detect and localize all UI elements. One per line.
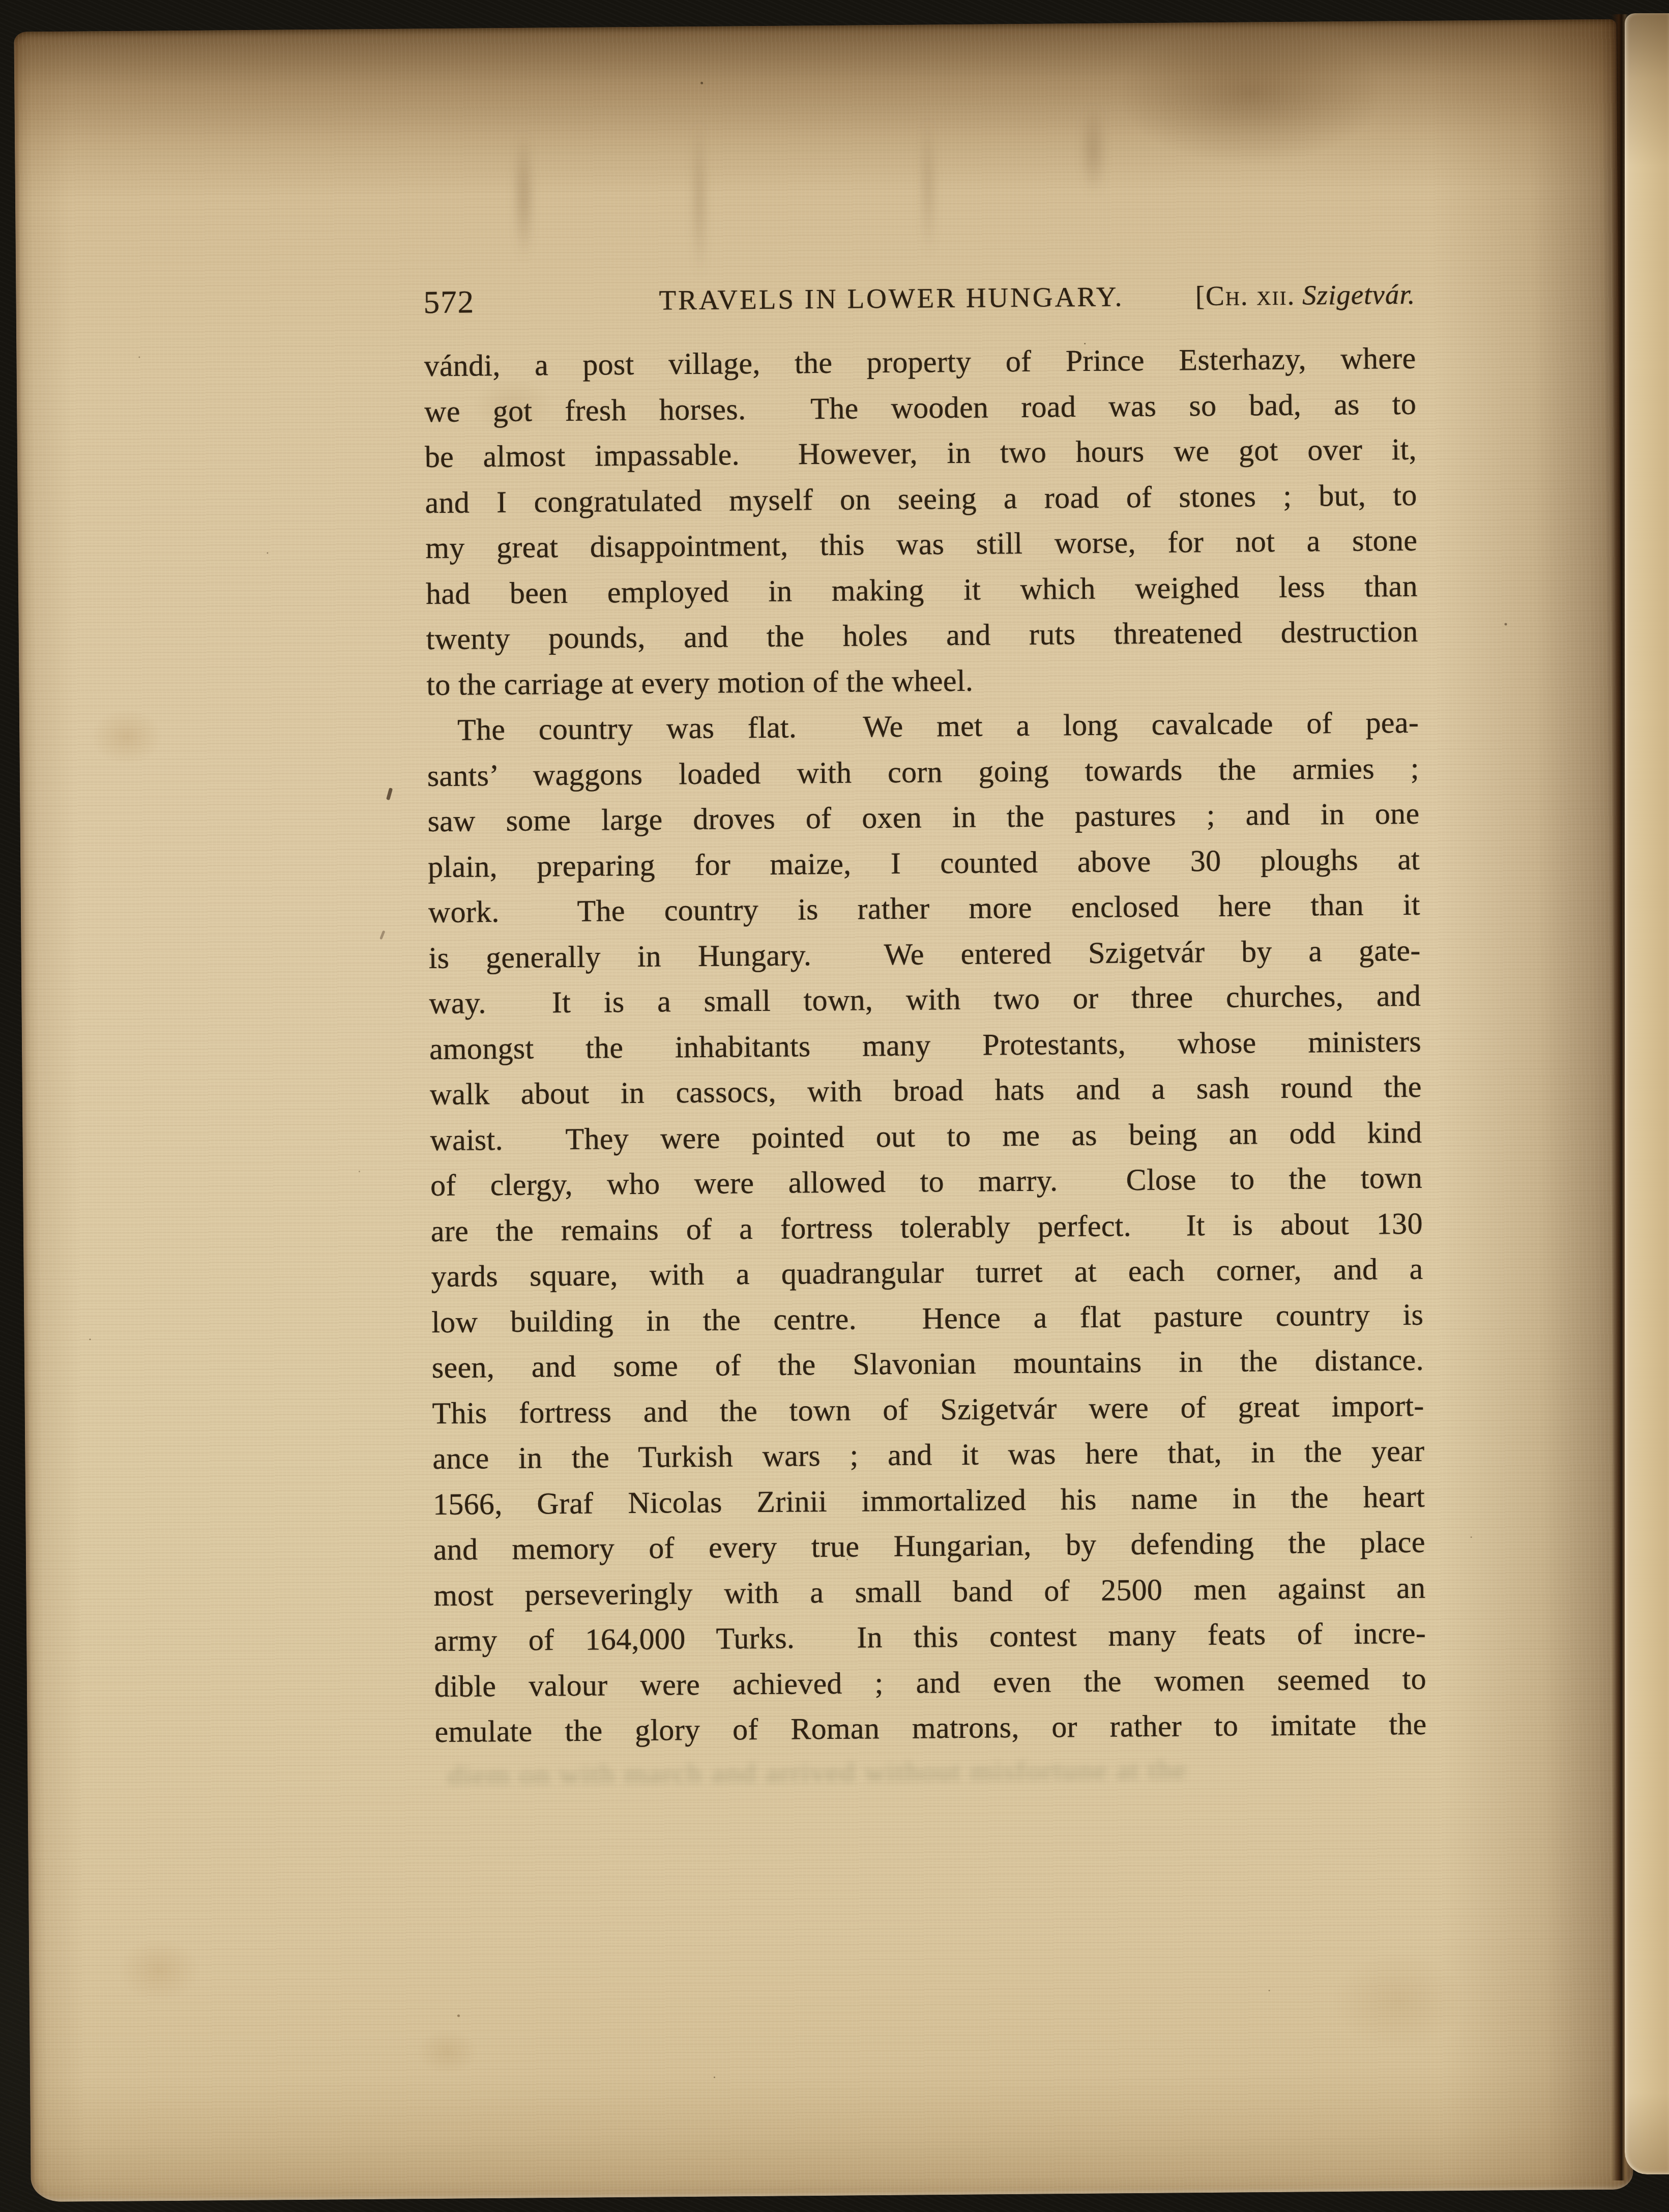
text-line-7: twenty pounds, and the holes and ruts th… (426, 609, 1418, 662)
text-line-9: The country was flat. We met a long cava… (427, 700, 1419, 753)
running-title: TRAVELS IN LOWER HUNGARY. (586, 273, 1197, 324)
chapter-label: [Ch. xii. (1195, 280, 1296, 312)
text-line-17: walk about in cassocs, with broad hats a… (429, 1064, 1422, 1118)
text-line-28: most perseveringly with a small band of … (433, 1565, 1426, 1618)
text-line-19: of clergy, who were allowed to marry. Cl… (430, 1155, 1423, 1209)
chapter-heading: [Ch. xii. Szigetvár. (1195, 271, 1415, 319)
text-line-4: and I congratulated myself on seeing a r… (425, 472, 1417, 526)
page-header: 572 TRAVELS IN LOWER HUNGARY. [Ch. xii. … (423, 271, 1416, 326)
text-line-25: ance in the Turkish wars ; and it was he… (432, 1429, 1425, 1482)
text-line-29: army of 164,000 Turks. In this contest m… (434, 1611, 1426, 1664)
text-line-31: emulate the glory of Roman matrons, or r… (434, 1702, 1427, 1755)
page-number: 572 (423, 278, 475, 326)
text-line-12: plain, preparing for maize, I counted ab… (428, 836, 1420, 890)
text-line-8: to the carriage at every motion of the w… (426, 654, 1419, 708)
text-line-10: sants’ waggons loaded with corn going to… (427, 745, 1419, 799)
text-line-16: amongst the inhabitants many Protestants… (429, 1018, 1422, 1072)
bleed-through-ghost-text: diem on with march and arrived without m… (448, 1751, 1476, 1811)
text-line-6: had been employed in making it which wei… (426, 563, 1418, 617)
text-line-24: This fortress and the town of Szigetvár … (432, 1383, 1424, 1436)
text-line-30: dible valour were achieved ; and even th… (434, 1656, 1427, 1709)
text-line-1: vándi, a post village, the property of P… (424, 336, 1416, 389)
scanned-book-photo: 572 TRAVELS IN LOWER HUNGARY. [Ch. xii. … (0, 0, 1669, 2212)
text-line-18: waist. They were pointed out to me as be… (430, 1110, 1422, 1163)
chapter-place: Szigetvár. (1302, 279, 1416, 311)
text-line-22: low building in the centre. Hence a flat… (431, 1292, 1424, 1345)
text-line-21: yards square, with a quadrangular turret… (431, 1246, 1423, 1300)
fly-specks (14, 32, 15, 33)
text-line-23: seen, and some of the Slavonian mountain… (432, 1337, 1424, 1391)
page-edge-strip (1625, 13, 1669, 2174)
text-line-5: my great disappointment, this was still … (425, 518, 1418, 571)
book-page: 572 TRAVELS IN LOWER HUNGARY. [Ch. xii. … (14, 19, 1633, 2202)
text-line-3: be almost impassable. However, in two ho… (425, 427, 1417, 480)
text-line-26: 1566, Graf Nicolas Zrinii immortalized h… (433, 1474, 1425, 1527)
text-line-15: way. It is a small town, with two or thr… (429, 973, 1421, 1027)
text-line-20: are the remains of a fortress tolerably … (430, 1201, 1423, 1254)
text-line-27: and memory of every true Hungarian, by d… (433, 1520, 1425, 1573)
body-text: vándi, a post village, the property of P… (424, 336, 1427, 1755)
text-line-2: we got fresh horses. The wooden road was… (424, 381, 1417, 434)
margin-ink-mark (386, 788, 393, 800)
margin-ink-mark (379, 930, 385, 940)
text-line-13: work. The country is rather more enclose… (428, 882, 1421, 936)
text-line-14: is generally in Hungary. We entered Szig… (428, 927, 1421, 981)
text-line-11: saw some large droves of oxen in the pas… (427, 791, 1420, 845)
